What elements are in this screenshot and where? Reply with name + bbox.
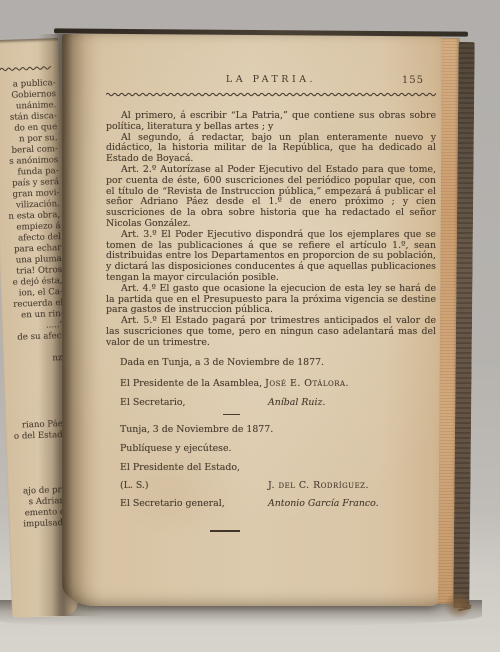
book-photo: a publica- Gobiernos unánime. stán disca…: [0, 0, 500, 652]
page-number: 155: [402, 75, 424, 86]
assembly-president-name: José E. Otálora.: [265, 378, 349, 389]
assembly-secretary-name: Aníbal Ruiz.: [268, 397, 325, 408]
seal-label: (L. S.): [120, 480, 149, 491]
general-secretary-line: El Secretario general, Antonio García Fr…: [106, 498, 436, 509]
closing-section: Dada en Tunja, a 3 de Noviembre de 1877.…: [106, 357, 436, 533]
thread: [458, 607, 471, 611]
paragraph: Art. 4.º El gasto que ocasione la ejecuc…: [106, 284, 436, 316]
page-header: LA PATRIA. 155: [106, 74, 436, 87]
general-secretary-label: El Secretario general,: [120, 498, 225, 509]
page-text-area: LA PATRIA. 155 Al primero, á escribir “L…: [106, 74, 436, 532]
paragraph: Al primero, á escribir “La Patria,” que …: [106, 111, 436, 133]
paragraph: Al segundo, á redactar, bajo un plan ent…: [106, 133, 436, 165]
assembly-president-line: El Presidente de la Asamblea, José E. Ot…: [106, 378, 436, 389]
assembly-secretary-label: El Secretario,: [120, 397, 186, 408]
page-body: Al primero, á escribir “La Patria,” que …: [106, 111, 436, 349]
paragraph: Art. 2.º Autorízase al Poder Ejecutivo d…: [106, 165, 436, 230]
assembly-secretary-line: El Secretario, Aníbal Ruiz.: [106, 397, 436, 408]
publish-line: Publíquese y ejecútese.: [106, 443, 436, 454]
general-secretary-name: Antonio García Franco.: [268, 498, 379, 509]
left-page-header-rule: [0, 64, 51, 73]
running-title: LA PATRIA.: [106, 74, 436, 85]
left-page-fragment-line: de su afec-: [2, 331, 64, 344]
left-page-fragment-line: o del Estado: [6, 430, 68, 443]
separator-rule: [210, 530, 240, 532]
dada-line: Dada en Tunja, a 3 de Noviembre de 1877.: [106, 357, 436, 368]
header-rule: [106, 91, 436, 98]
state-president-title: El Presidente del Estado,: [106, 462, 436, 473]
decree-date-line: Tunja, 3 de Noviembre de 1877.: [106, 424, 436, 435]
assembly-president-label: El Presidente de la Asamblea,: [120, 378, 262, 389]
paragraph: Art. 5.º El Estado pagará por trimestres…: [106, 316, 436, 348]
paragraph: Art. 3.º El Poder Ejecutivo dispondrá qu…: [106, 230, 436, 284]
frayed-corner: [444, 592, 478, 622]
state-president-name: J. del C. Rodríguez.: [268, 480, 369, 491]
separator-dash: [223, 414, 240, 416]
right-page: LA PATRIA. 155 Al primero, á escribir “L…: [62, 34, 442, 606]
seal-line: (L. S.) J. del C. Rodríguez.: [106, 480, 436, 491]
